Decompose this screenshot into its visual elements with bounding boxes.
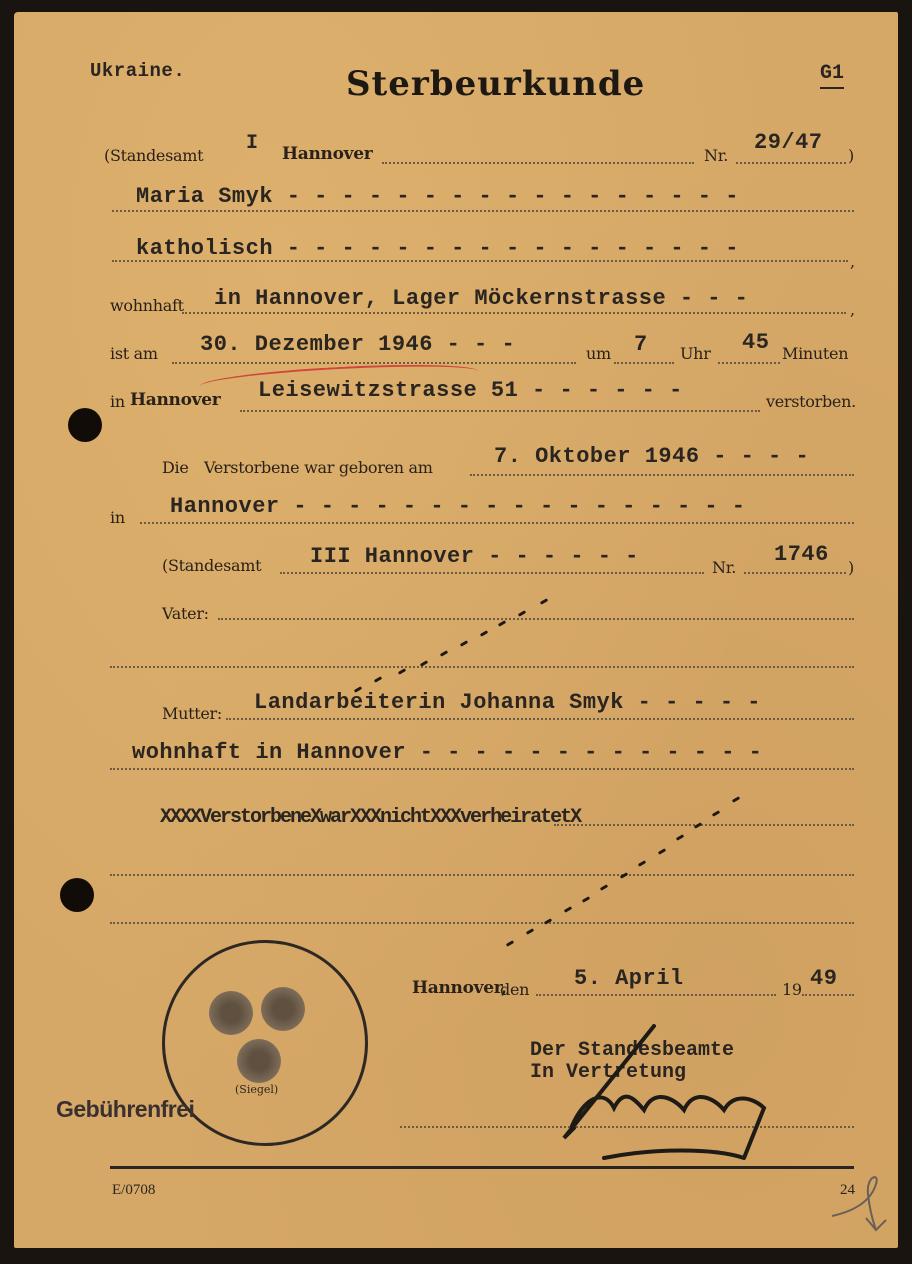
mother-value: Landarbeiterin Johanna Smyk - - - - -	[254, 690, 761, 715]
death-place: Leisewitzstrasse 51 - - - - - -	[258, 378, 683, 403]
father-label: Vater:	[162, 604, 209, 623]
seal-label: (Siegel)	[235, 1083, 278, 1096]
registry-label: (Standesamt	[104, 146, 203, 165]
death-hour: 7	[634, 332, 648, 357]
death-minutes: 45	[742, 330, 769, 355]
dotted-line	[736, 162, 846, 164]
dotted-line	[172, 362, 576, 364]
birth-city: Hannover - - - - - - - - - - - - - - - -…	[170, 494, 746, 519]
registry-number: 29/47	[754, 130, 823, 155]
uhr-label: Uhr	[680, 344, 711, 363]
certificate-paper: Ukraine. Sterbeurkunde G1 (Standesamt I …	[14, 12, 898, 1248]
dotted-line	[744, 572, 846, 574]
seal-mark	[237, 1039, 281, 1083]
deceased-name: Maria Smyk - - - - - - - - - - - - - - -…	[136, 184, 739, 209]
registry-office-number: I	[246, 132, 259, 155]
registry-city: Hannover	[282, 144, 372, 164]
death-city: Hannover	[130, 390, 220, 410]
year-suffix: 49	[810, 966, 837, 991]
dotted-line	[110, 666, 854, 668]
punch-hole	[68, 408, 102, 442]
dotted-line	[554, 824, 854, 826]
birth-label: Verstorbene war geboren am	[204, 458, 433, 477]
dotted-line	[110, 922, 854, 924]
dotted-line	[240, 410, 760, 412]
year-prefix: 19	[782, 980, 802, 999]
form-number: E/0708	[112, 1182, 155, 1199]
mother-label: Mutter:	[162, 704, 222, 723]
dotted-line	[470, 474, 854, 476]
minuten-label: Minuten	[782, 344, 848, 363]
birth-registry-label: (Standesamt	[162, 556, 261, 575]
death-date: 30. Dezember 1946 - - -	[200, 332, 515, 357]
punch-hole	[60, 878, 94, 912]
paren: )	[848, 146, 854, 165]
in-label: in	[110, 392, 125, 411]
birth-date: 7. Oktober 1946 - - - -	[494, 444, 809, 469]
dotted-line	[140, 522, 854, 524]
birth-nr-label: Nr.	[712, 558, 736, 577]
religion-value: katholisch - - - - - - - - - - - - - - -…	[136, 236, 739, 261]
in-label: in	[110, 508, 125, 527]
den-label: den	[500, 980, 529, 999]
fee-exempt-stamp: Gebührenfrei	[56, 1096, 194, 1123]
mother-residence: wohnhaft in Hannover - - - - - - - - - -…	[132, 740, 762, 765]
birth-registry-value: III Hannover - - - - - -	[310, 544, 639, 569]
dotted-line	[110, 768, 854, 770]
dotted-line	[110, 874, 854, 876]
birth-registry-number: 1746	[774, 542, 829, 567]
um-label: um	[586, 344, 611, 363]
dotted-line	[614, 362, 674, 364]
die-label: Die	[162, 458, 189, 477]
registry-nr-label: Nr.	[704, 146, 728, 165]
residence-label: wohnhaft	[110, 296, 184, 315]
seal-mark	[209, 991, 253, 1035]
dotted-line	[280, 572, 704, 574]
dotted-line	[182, 312, 846, 314]
issue-city: Hannover,	[412, 978, 507, 998]
paren: )	[848, 558, 854, 577]
verstorben-label: verstorben.	[766, 392, 856, 411]
dotted-line	[718, 362, 780, 364]
seal-mark	[261, 987, 305, 1031]
signature	[534, 1018, 794, 1168]
dotted-line	[536, 994, 776, 996]
death-date-label: ist am	[110, 344, 158, 363]
dotted-line	[226, 718, 854, 720]
form-code: G1	[820, 62, 844, 89]
struck-through-text: XXXXVerstorbeneXwarXXXnichtXXXverheirate…	[160, 806, 580, 829]
residence-value: in Hannover, Lager Möckernstrasse - - -	[214, 286, 748, 311]
issue-date: 5. April	[574, 966, 684, 991]
pencil-mark	[830, 1174, 890, 1234]
dotted-line	[802, 994, 854, 996]
page-title: Sterbeurkunde	[346, 64, 645, 104]
origin-note: Ukraine.	[90, 60, 185, 82]
dotted-line	[382, 162, 694, 164]
footer-rule	[110, 1166, 854, 1169]
dotted-line	[112, 210, 854, 212]
dotted-line	[218, 618, 854, 620]
